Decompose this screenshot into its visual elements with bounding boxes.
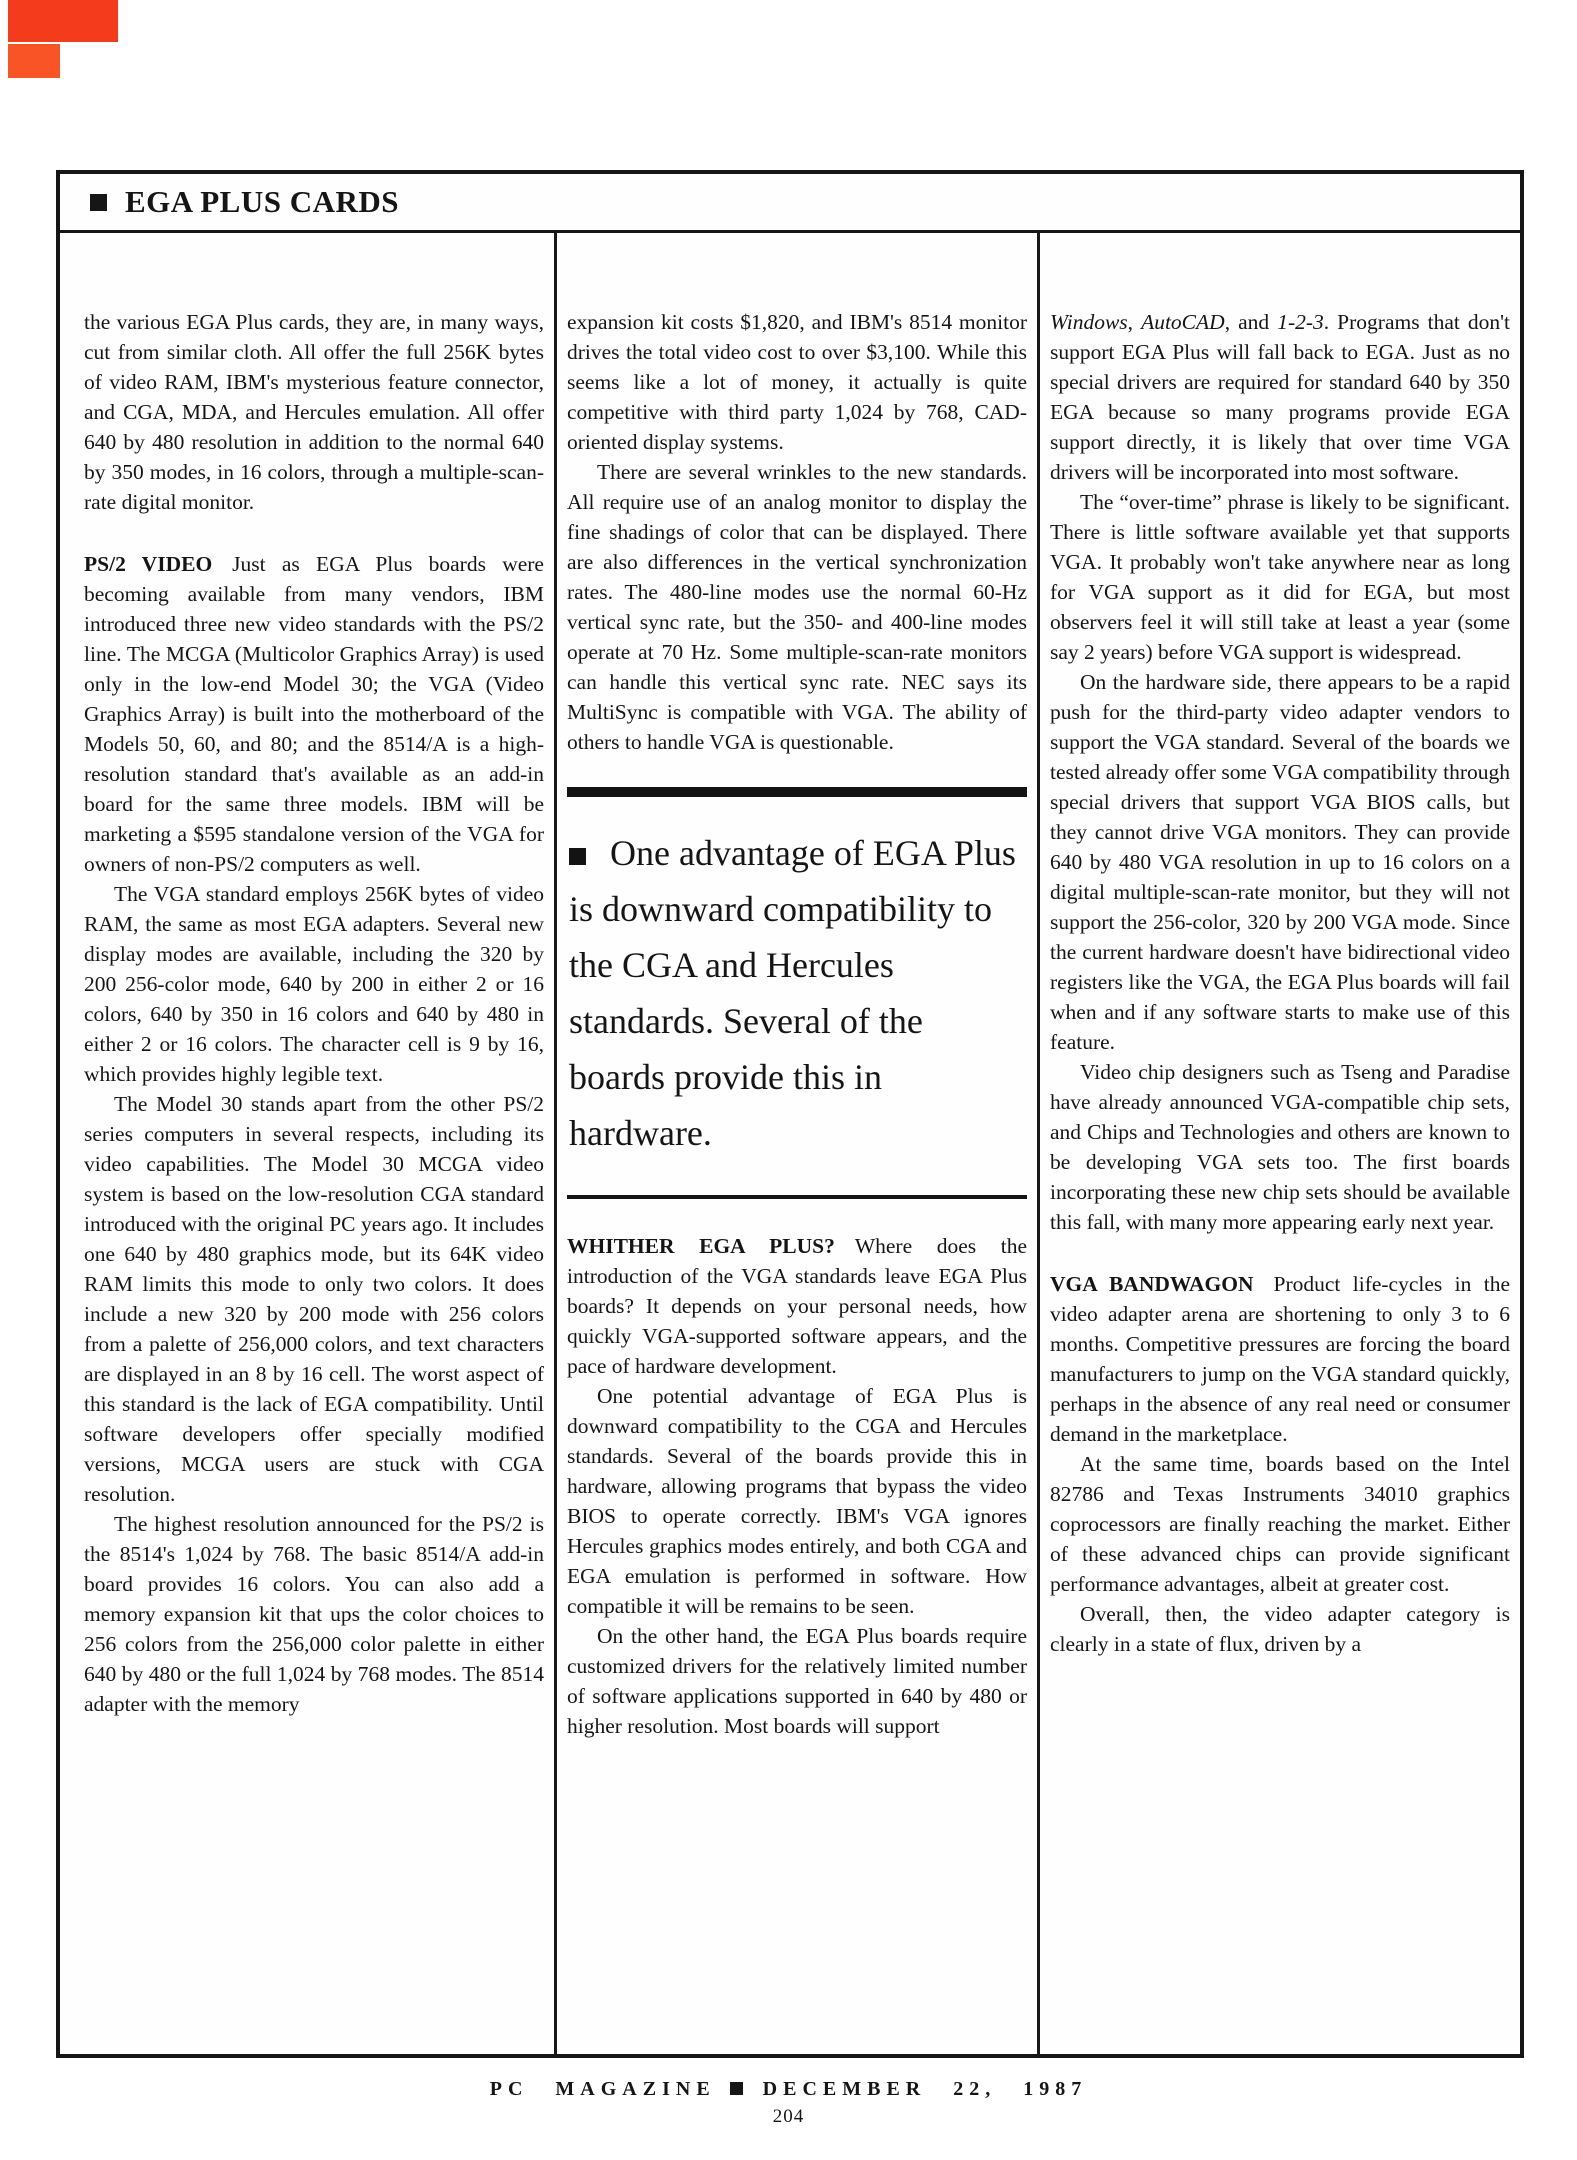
article-header: EGA PLUS CARDS [60, 174, 1520, 233]
red-annotation-mark-top [8, 0, 118, 42]
col2-paragraph-2: There are several wrinkles to the new st… [567, 457, 1027, 757]
col1-paragraph-1: the various EGA Plus cards, they are, in… [84, 307, 544, 517]
column-1: the various EGA Plus cards, they are, in… [84, 233, 544, 2054]
column-3: Windows, AutoCAD, and 1-2-3. Programs th… [1050, 233, 1510, 2054]
col3-paragraph-3: On the hardware side, there appears to b… [1050, 667, 1510, 1057]
run-in-heading-whither-ega-plus: WHITHER EGA PLUS? [567, 1234, 835, 1258]
col1-paragraph-2: PS/2 VIDEOJust as EGA Plus boards were b… [84, 549, 544, 879]
footer-magazine-name: PC MAGAZINE [490, 2078, 716, 2100]
pull-quote-text: One advantage of EGA Plus is downward co… [569, 825, 1025, 1161]
col3-paragraph-7: Overall, then, the video adapter categor… [1050, 1599, 1510, 1659]
column-divider-1 [554, 233, 557, 2054]
col3-paragraph-1: Windows, AutoCAD, and 1-2-3. Programs th… [1050, 307, 1510, 487]
footer-date: DECEMBER 22, 1987 [763, 2078, 1088, 2100]
col3-paragraph-4: Video chip designers such as Tseng and P… [1050, 1057, 1510, 1237]
square-bullet-icon [730, 2082, 743, 2095]
pull-quote: One advantage of EGA Plus is downward co… [567, 787, 1027, 1199]
col1-paragraph-3: The VGA standard employs 256K bytes of v… [84, 879, 544, 1089]
col1-paragraph-5: The highest resolution announced for the… [84, 1509, 544, 1719]
italic-123: 1-2-3 [1277, 310, 1324, 334]
col2-paragraph-5: On the other hand, the EGA Plus boards r… [567, 1621, 1027, 1741]
column-2: expansion kit costs $1,820, and IBM's 85… [567, 233, 1027, 2054]
col2-paragraph-3: WHITHER EGA PLUS?Where does the introduc… [567, 1231, 1027, 1381]
col2-paragraph-4: One potential advantage of EGA Plus is d… [567, 1381, 1027, 1621]
italic-windows: Windows [1050, 310, 1128, 334]
run-in-heading-vga-bandwagon: VGA BANDWAGON [1050, 1272, 1254, 1296]
col3-paragraph-6: At the same time, boards based on the In… [1050, 1449, 1510, 1599]
col3-paragraph-5: VGA BANDWAGONProduct life-cycles in the … [1050, 1269, 1510, 1449]
red-annotation-mark-bottom [8, 44, 60, 78]
col3-paragraph-2: The “over-time” phrase is likely to be s… [1050, 487, 1510, 667]
article-columns: the various EGA Plus cards, they are, in… [60, 233, 1520, 2054]
article-page-frame: EGA PLUS CARDS the various EGA Plus card… [56, 170, 1524, 2058]
italic-autocad: AutoCAD [1141, 310, 1225, 334]
footer: PC MAGAZINEDECEMBER 22, 1987 [0, 2078, 1577, 2101]
square-bullet-icon [90, 194, 107, 211]
col1-paragraph-4: The Model 30 stands apart from the other… [84, 1089, 544, 1509]
page-number: 204 [0, 2106, 1577, 2128]
column-divider-2 [1037, 233, 1040, 2054]
square-bullet-icon [569, 848, 586, 865]
col2-paragraph-1: expansion kit costs $1,820, and IBM's 85… [567, 307, 1027, 457]
article-title: EGA PLUS CARDS [125, 184, 399, 220]
run-in-heading-ps2-video: PS/2 VIDEO [84, 552, 212, 576]
